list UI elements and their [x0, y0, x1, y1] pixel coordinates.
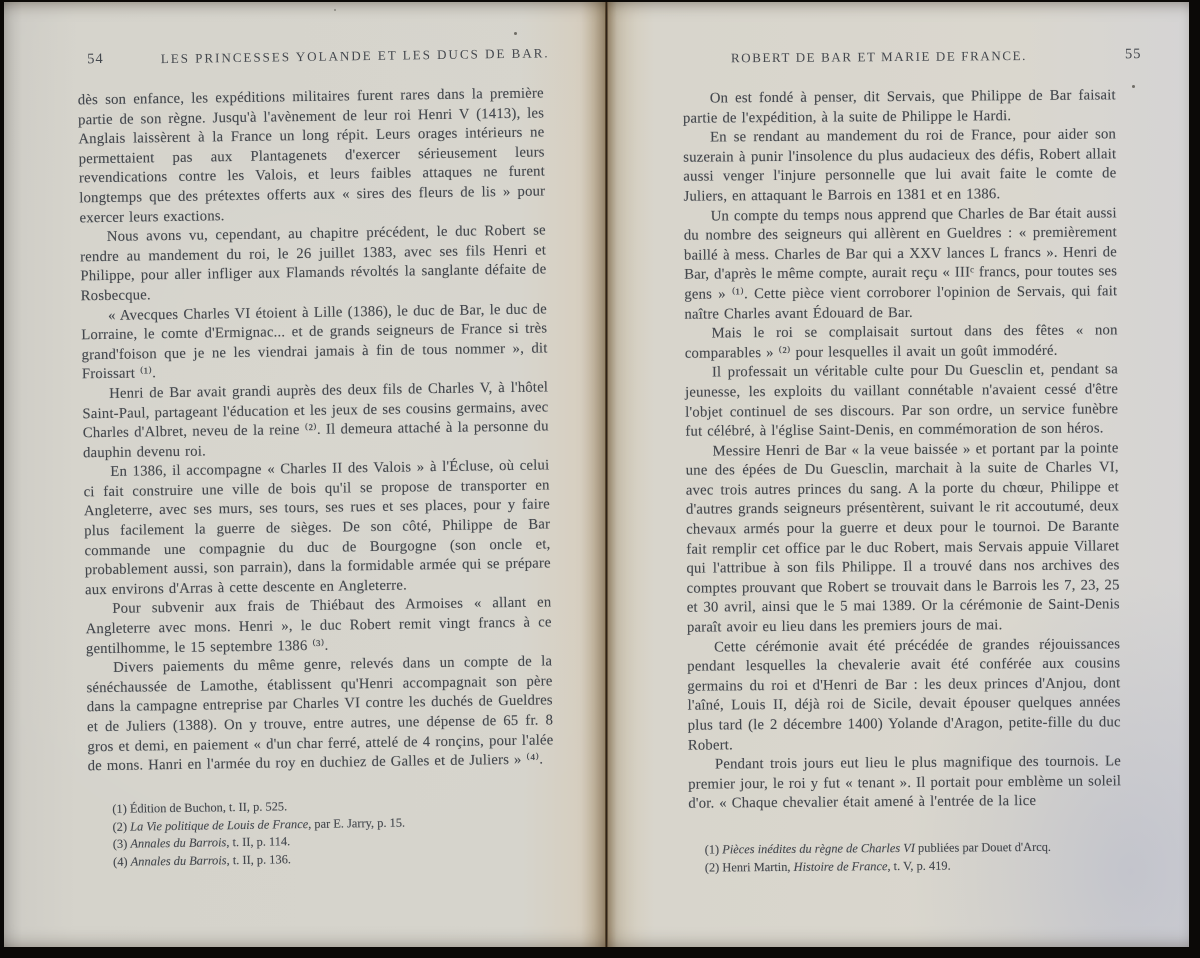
footnote-text: , par E. Jarry, p. 15. — [308, 815, 405, 830]
paragraph: Nous avons vu, cependant, au chapitre pr… — [80, 222, 547, 307]
left-page-footnotes: (1) Édition de Buchon, t. II, p. 525.(2)… — [112, 794, 555, 872]
footnote-text: publiées par Douet d'Arcq. — [915, 840, 1051, 855]
paragraph: dès son enfance, les expéditions militai… — [78, 84, 546, 228]
dust-speck — [1132, 85, 1135, 88]
footnote-text: , t. II, p. 136. — [226, 852, 291, 867]
footnote: (2) Henri Martin, Histoire de France, t.… — [705, 856, 1122, 877]
right-page-number: 55 — [1125, 46, 1142, 63]
paragraph: En 1386, il accompagne « Charles II des … — [83, 457, 551, 601]
paragraph: Il professait un véritable culte pour Du… — [685, 361, 1119, 443]
right-page-header: ROBERT DE BAR ET MARIE DE FRANCE. 55 — [682, 46, 1115, 67]
footnote-text: (2) Henri Martin, — [705, 860, 794, 875]
footnote-text: (2) — [112, 819, 130, 833]
paragraph: Divers paiements du même genre, relevés … — [86, 653, 554, 777]
left-page-content: 54 LES PRINCESSES YOLANDE ET LES DUCS DE… — [4, 2, 605, 947]
right-running-title: ROBERT DE BAR ET MARIE DE FRANCE. — [682, 48, 1075, 67]
paragraph: Pendant trois jours eut lieu le plus mag… — [688, 752, 1121, 814]
paragraph: « Avecques Charles VI étoient à Lille (1… — [81, 300, 548, 385]
footnote-title: Pièces inédites du règne de Charles VI — [722, 841, 915, 857]
left-page: 54 LES PRINCESSES YOLANDE ET LES DUCS DE… — [4, 2, 605, 947]
paragraph: Cette cérémonie avait été précédée de gr… — [687, 635, 1121, 756]
footnote-title: Histoire de France — [794, 859, 888, 874]
paragraph: Mais le roi se complaisait surtout dans … — [685, 321, 1118, 364]
paragraph: Un compte du temps nous apprend que Char… — [684, 204, 1118, 325]
left-running-title: LES PRINCESSES YOLANDE ET LES DUCS DE BA… — [147, 45, 563, 67]
right-page-content: ROBERT DE BAR ET MARIE DE FRANCE. 55 On … — [608, 2, 1189, 947]
paragraph: Pour subvenir aux frais de Thiébaut des … — [85, 594, 552, 660]
paragraph: Henri de Bar avait grandi auprès des deu… — [82, 378, 549, 463]
right-page: ROBERT DE BAR ET MARIE DE FRANCE. 55 On … — [608, 2, 1189, 947]
book-spread: 54 LES PRINCESSES YOLANDE ET LES DUCS DE… — [4, 2, 1189, 947]
paragraph: Messire Henri de Bar « la veue baissée »… — [685, 439, 1120, 638]
footnote-text: , t. V, p. 419. — [887, 858, 950, 872]
footnote-text: (3) — [113, 837, 131, 851]
footnote-title: Annales du Barrois — [131, 853, 227, 868]
left-page-number: 54 — [87, 51, 104, 68]
left-page-header: 54 LES PRINCESSES YOLANDE ET LES DUCS DE… — [77, 44, 543, 69]
footnote-title: Annales du Barrois — [130, 836, 226, 851]
dust-speck — [334, 9, 336, 11]
dust-speck — [514, 32, 517, 35]
footnote-text: (4) — [113, 855, 131, 869]
right-page-paragraphs: On est fondé à penser, dit Servais, que … — [683, 86, 1122, 814]
footnote-title: La Vie politique de Louis de France — [130, 817, 308, 834]
right-page-footnotes: (1) Pièces inédites du règne de Charles … — [705, 838, 1122, 877]
footnote-text: (1) Édition de Buchon, t. II, p. 525. — [112, 799, 287, 816]
paragraph: On est fondé à penser, dit Servais, que … — [683, 86, 1116, 129]
footnote-text: , t. II, p. 114. — [226, 835, 290, 850]
paragraph: En se rendant au mandement du roi de Fra… — [683, 125, 1117, 207]
footnote-text: (1) — [705, 842, 723, 856]
left-page-paragraphs: dès son enfance, les expéditions militai… — [78, 84, 554, 777]
